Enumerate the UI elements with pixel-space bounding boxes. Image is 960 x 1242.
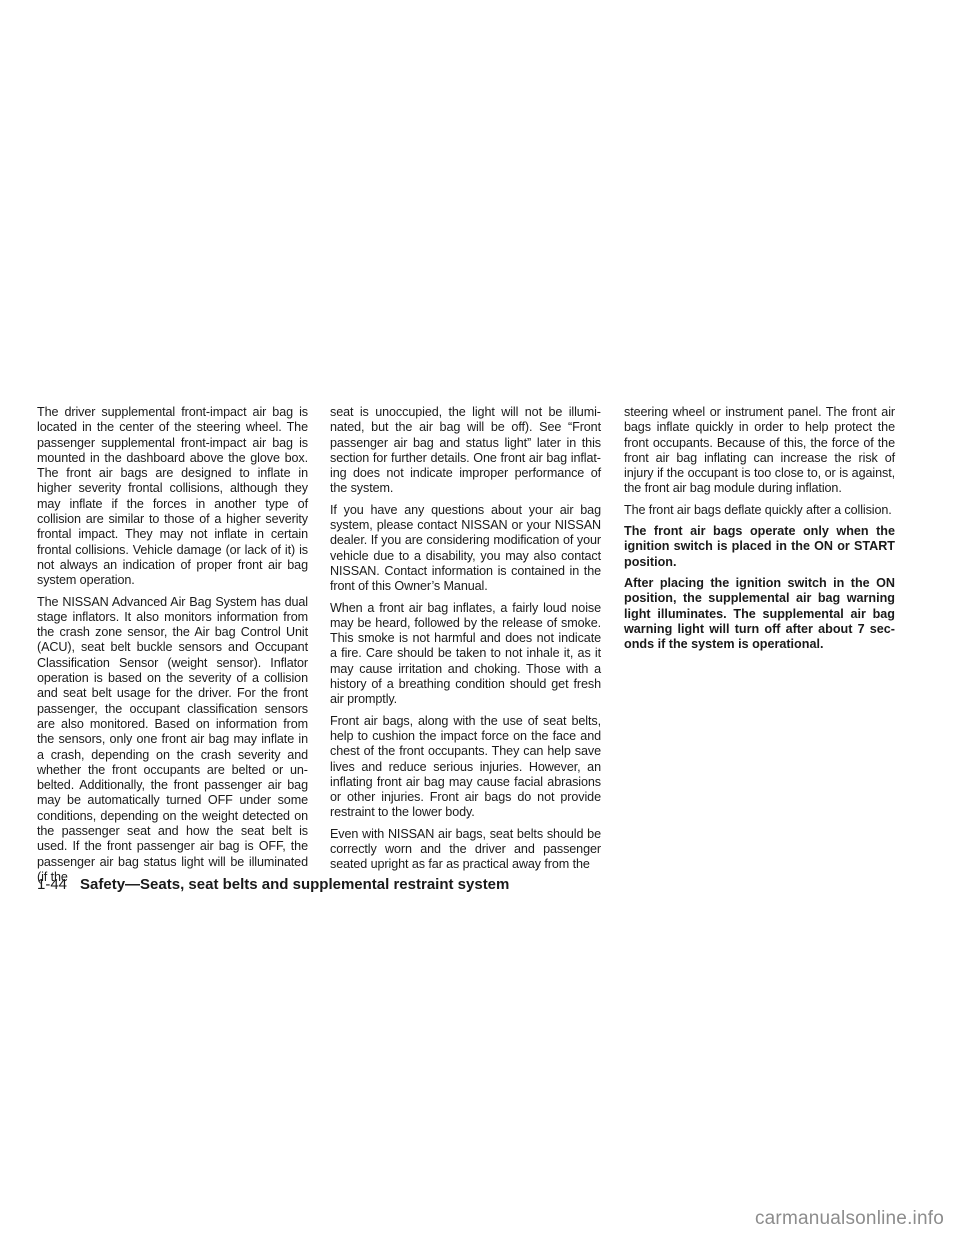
page-footer: 1-44Safety—Seats, seat belts and supplem… xyxy=(37,875,509,895)
page-number: 1-44 xyxy=(37,876,67,893)
text-column-3: steering wheel or instrument panel. The … xyxy=(624,405,895,658)
paragraph-ignition-on-warning: The front air bags operate only when the… xyxy=(624,524,895,570)
manual-page: The driver supplemental front-impact air… xyxy=(0,0,960,1242)
paragraph-driver-passenger-airbags: The driver supplemental front-impact air… xyxy=(37,405,308,589)
paragraph-unoccupied-seat: seat is unoccupied, the light will not b… xyxy=(330,405,601,497)
paragraph-warning-light: After placing the ignition switch in the… xyxy=(624,576,895,652)
paragraph-deflate: The front air bags deflate quickly after… xyxy=(624,503,895,518)
paragraph-cushion-impact: Front air bags, along with the use of se… xyxy=(330,714,601,821)
paragraph-inflation-smoke: When a front air bag inflates, a fairly … xyxy=(330,601,601,708)
text-column-2: seat is unoccupied, the light will not b… xyxy=(330,405,601,879)
paragraph-contact-nissan: If you have any questions about your air… xyxy=(330,503,601,595)
paragraph-inflation-risk: steering wheel or instrument panel. The … xyxy=(624,405,895,497)
paragraph-advanced-airbag-system: The NISSAN Advanced Air Bag System has d… xyxy=(37,595,308,886)
paragraph-seat-belts-worn: Even with NISSAN air bags, seat belts sh… xyxy=(330,827,601,873)
watermark-text: carmanualsonline.info xyxy=(755,1208,944,1230)
text-column-1: The driver supplemental front-impact air… xyxy=(37,405,308,891)
section-title: Safety—Seats, seat belts and supplementa… xyxy=(80,876,509,893)
